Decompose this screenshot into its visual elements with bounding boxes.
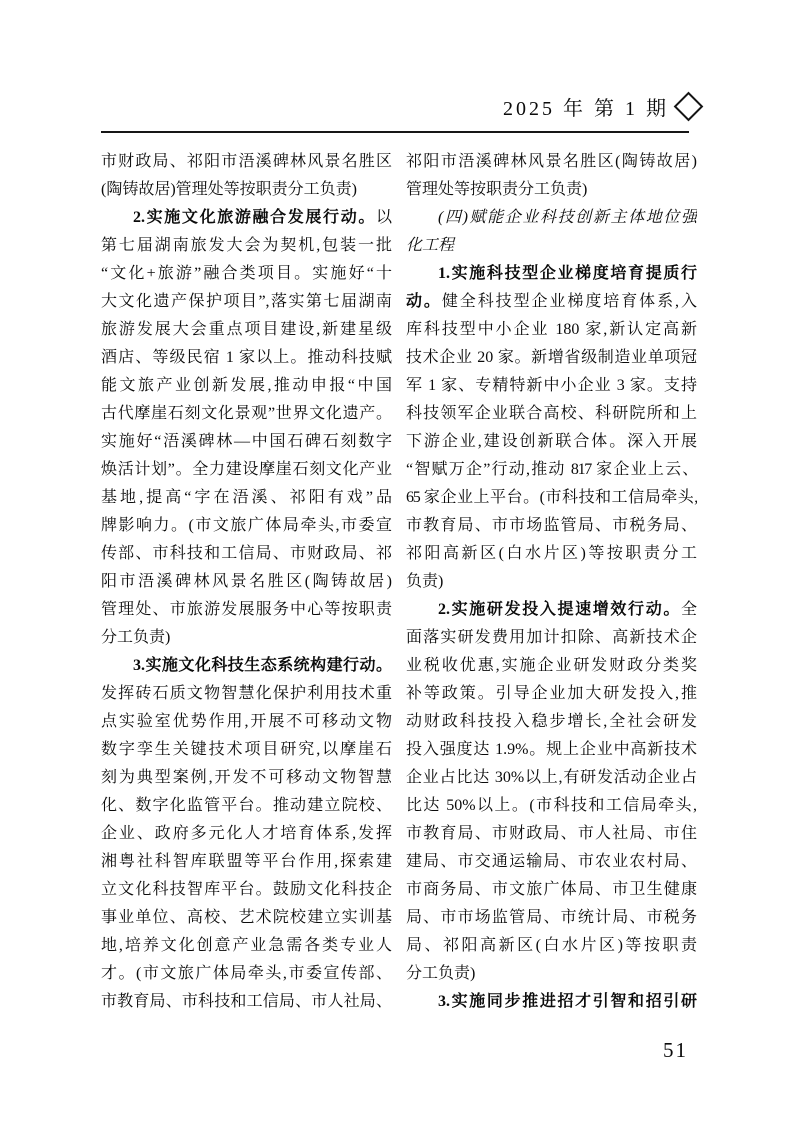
left-column: 市财政局、祁阳市浯溪碑林风景名胜区(陶铸故居)管理处等按职责分工负责)2.实施文…: [101, 148, 392, 1016]
text-line: 数字孪生关键技术项目研究,以摩崖石: [101, 736, 392, 764]
text-line: 补等政策。引导企业加大研发投入,推: [406, 680, 697, 708]
text-line: 面落实研发费用加计扣除、高新技术企: [406, 624, 697, 652]
text-line: 焕活计划”。全力建设摩崖石刻文化产业: [101, 456, 392, 484]
document-page: 2025 年 第 1 期 市财政局、祁阳市浯溪碑林风景名胜区(陶铸故居)管理处等…: [0, 0, 793, 1122]
text-line: 2.实施研发投入提速增效行动。全: [406, 596, 697, 624]
text-line: 大文化遗产保护项目”,落实第七届湖南: [101, 288, 392, 316]
text-line: 动财政科技投入稳步增长,全社会研发: [406, 708, 697, 736]
text-run: 分工负责): [101, 629, 170, 646]
text-line: 地,培养文化创意产业急需各类专业人: [101, 932, 392, 960]
text-line: 市财政局、祁阳市浯溪碑林风景名胜区: [101, 148, 392, 176]
bold-text-run: 2.实施研发投入提速增效行动。: [438, 601, 681, 618]
text-run: 管理处、市旅游发展服务中心等按职责: [101, 601, 392, 618]
bold-text-run: 1.实施科技型企业梯度培育提质行: [438, 265, 697, 282]
kai-text-run: 化工程: [406, 237, 454, 254]
text-run: 全: [681, 601, 697, 618]
text-line: 库科技型中小企业 180 家,新认定高新: [406, 316, 697, 344]
text-run: 负责): [406, 573, 443, 590]
text-line: 下游企业,建设创新联合体。深入开展: [406, 428, 697, 456]
text-run: (陶铸故居)管理处等按职责分工负责): [101, 181, 357, 198]
text-run: 市财政局、祁阳市浯溪碑林风景名胜区: [101, 153, 392, 170]
text-line: “智赋万企”行动,推动 817 家企业上云、: [406, 456, 697, 484]
text-run: 传部、市科技和工信局、市财政局、祁: [101, 545, 392, 562]
text-run: 市教育局、市财政局、市人社局、市住: [406, 825, 697, 842]
text-run: 库科技型中小企业 180 家,新认定高新: [406, 321, 697, 338]
text-run: 比达 50%以上。(市科技和工信局牵头,: [406, 797, 697, 814]
text-run: 企业占比达 30%以上,有研发活动企业占: [406, 769, 697, 786]
text-run: 面落实研发费用加计扣除、高新技术企: [406, 629, 697, 646]
text-run: 酒店、等级民宿 1 家以上。推动科技赋: [101, 349, 392, 366]
page-number: 51: [663, 1038, 688, 1063]
text-run: 湘粤社科智库联盟等平台作用,探索建: [101, 853, 392, 870]
text-run: 数字孪生关键技术项目研究,以摩崖石: [101, 741, 392, 758]
text-run: 刻为典型案例,开发不可移动文物智慧: [101, 769, 392, 786]
text-run: 祁阳高新区(白水片区)等按职责分工: [406, 545, 697, 562]
text-line: 基地,提高“字在浯溪、祁阳有戏”品: [101, 484, 392, 512]
text-run: 市商务局、市文旅广体局、市卫生健康: [406, 881, 697, 898]
text-line: 传部、市科技和工信局、市财政局、祁: [101, 540, 392, 568]
text-run: 市教育局、市市场监管局、市税务局、: [406, 517, 697, 534]
text-run: 才。(市文旅广体局牵头,市委宣传部、: [101, 965, 392, 982]
text-line: (四)赋能企业科技创新主体地位强: [406, 204, 697, 232]
text-run: 科技领军企业联合高校、科研院所和上: [406, 405, 697, 422]
text-line: 祁阳高新区(白水片区)等按职责分工: [406, 540, 697, 568]
text-run: 地,培养文化创意产业急需各类专业人: [101, 937, 392, 954]
text-run: 军 1 家、专精特新中小企业 3 家。支持: [406, 377, 697, 394]
text-run: 能文旅产业创新发展,推动申报“中国: [101, 377, 392, 394]
text-run: 管理处等按职责分工负责): [406, 181, 587, 198]
text-run: 阳市浯溪碑林风景名胜区(陶铸故居): [101, 573, 392, 590]
text-line: 2.实施文化旅游融合发展行动。以: [101, 204, 392, 232]
text-line: 业税收优惠,实施企业研发财政分类奖: [406, 652, 697, 680]
text-line: 市教育局、市科技和工信局、市人社局、: [101, 988, 392, 1016]
text-line: 动。健全科技型企业梯度培育体系,入: [406, 288, 697, 316]
text-line: 酒店、等级民宿 1 家以上。推动科技赋: [101, 344, 392, 372]
text-run: 市教育局、市科技和工信局、市人社局、: [101, 993, 392, 1010]
text-line: 湘粤社科智库联盟等平台作用,探索建: [101, 848, 392, 876]
text-line: 企业、政府多元化人才培育体系,发挥: [101, 820, 392, 848]
text-line: 科技领军企业联合高校、科研院所和上: [406, 400, 697, 428]
text-line: 事业单位、高校、艺术院校建立实训基: [101, 904, 392, 932]
text-line: 局、市市场监管局、市统计局、市税务: [406, 904, 697, 932]
text-line: 化工程: [406, 232, 697, 260]
text-line: 市商务局、市文旅广体局、市卫生健康: [406, 876, 697, 904]
text-line: 发挥砖石质文物智慧化保护利用技术重: [101, 680, 392, 708]
text-run: “文化+旅游”融合类项目。实施好“十: [101, 265, 392, 282]
text-line: 旅游发展大会重点项目建设,新建星级: [101, 316, 392, 344]
text-line: 军 1 家、专精特新中小企业 3 家。支持: [406, 372, 697, 400]
text-run: 点实验室优势作用,开展不可移动文物: [101, 713, 392, 730]
text-line: 比达 50%以上。(市科技和工信局牵头,: [406, 792, 697, 820]
text-line: 负责): [406, 568, 697, 596]
bold-text-run: 2.实施文化旅游融合发展行动。: [133, 209, 376, 226]
header-rule: [101, 131, 689, 133]
text-run: 企业、政府多元化人才培育体系,发挥: [101, 825, 392, 842]
text-line: 市教育局、市市场监管局、市税务局、: [406, 512, 697, 540]
text-run: 基地,提高“字在浯溪、祁阳有戏”品: [101, 489, 392, 506]
text-line: 管理处等按职责分工负责): [406, 176, 697, 204]
bold-text-run: 动。: [406, 293, 442, 310]
bold-text-run: 3.实施文化科技生态系统构建行动。: [133, 657, 392, 674]
text-run: 发挥砖石质文物智慧化保护利用技术重: [101, 685, 392, 702]
right-column: 祁阳市浯溪碑林风景名胜区(陶铸故居)管理处等按职责分工负责)(四)赋能企业科技创…: [406, 148, 697, 1016]
text-line: 1.实施科技型企业梯度培育提质行: [406, 260, 697, 288]
issue-label: 2025 年 第 1 期: [503, 92, 669, 121]
text-run: 大文化遗产保护项目”,落实第七届湖南: [101, 293, 392, 310]
text-run: 以: [376, 209, 392, 226]
text-run: 祁阳市浯溪碑林风景名胜区(陶铸故居): [406, 153, 697, 170]
text-line: 企业占比达 30%以上,有研发活动企业占: [406, 764, 697, 792]
text-run: 动财政科技投入稳步增长,全社会研发: [406, 713, 697, 730]
text-run: 局、市市场监管局、市统计局、市税务: [406, 909, 697, 926]
text-run: 旅游发展大会重点项目建设,新建星级: [101, 321, 392, 338]
text-line: “文化+旅游”融合类项目。实施好“十: [101, 260, 392, 288]
text-line: 建局、市交通运输局、市农业农村局、: [406, 848, 697, 876]
text-run: 化、数字化监管平台。推动建立院校、: [101, 797, 392, 814]
text-run: 分工负责): [406, 965, 475, 982]
text-line: 才。(市文旅广体局牵头,市委宣传部、: [101, 960, 392, 988]
text-line: 65 家企业上平台。(市科技和工信局牵头,: [406, 484, 697, 512]
text-run: 局、祁阳高新区(白水片区)等按职责: [406, 937, 697, 954]
text-line: 点实验室优势作用,开展不可移动文物: [101, 708, 392, 736]
text-line: 3.实施同步推进招才引智和招引研: [406, 988, 697, 1016]
text-run: 古代摩崖石刻文化景观”世界文化遗产。: [101, 405, 392, 422]
text-line: 技术企业 20 家。新增省级制造业单项冠: [406, 344, 697, 372]
text-run: 事业单位、高校、艺术院校建立实训基: [101, 909, 392, 926]
text-run: 焕活计划”。全力建设摩崖石刻文化产业: [101, 461, 392, 478]
text-line: 管理处、市旅游发展服务中心等按职责: [101, 596, 392, 624]
text-run: 立文化科技智库平台。鼓励文化科技企: [101, 881, 392, 898]
text-line: 实施好“浯溪碑林—中国石碑石刻数字: [101, 428, 392, 456]
text-line: 局、祁阳高新区(白水片区)等按职责: [406, 932, 697, 960]
text-line: 市教育局、市财政局、市人社局、市住: [406, 820, 697, 848]
text-line: 能文旅产业创新发展,推动申报“中国: [101, 372, 392, 400]
text-line: 立文化科技智库平台。鼓励文化科技企: [101, 876, 392, 904]
text-run: “智赋万企”行动,推动 817 家企业上云、: [406, 461, 697, 478]
text-line: (陶铸故居)管理处等按职责分工负责): [101, 176, 392, 204]
diamond-icon: [674, 92, 704, 122]
text-run: 补等政策。引导企业加大研发投入,推: [406, 685, 697, 702]
text-line: 3.实施文化科技生态系统构建行动。: [101, 652, 392, 680]
text-line: 分工负责): [406, 960, 697, 988]
text-line: 阳市浯溪碑林风景名胜区(陶铸故居): [101, 568, 392, 596]
kai-text-run: (四)赋能企业科技创新主体地位强: [438, 209, 697, 226]
text-line: 祁阳市浯溪碑林风景名胜区(陶铸故居): [406, 148, 697, 176]
text-run: 65 家企业上平台。(市科技和工信局牵头,: [406, 489, 697, 506]
bold-text-run: 3.实施同步推进招才引智和招引研: [438, 993, 697, 1010]
text-line: 分工负责): [101, 624, 392, 652]
text-run: 第七届湖南旅发大会为契机,包装一批: [101, 237, 392, 254]
text-run: 下游企业,建设创新联合体。深入开展: [406, 433, 697, 450]
text-run: 建局、市交通运输局、市农业农村局、: [406, 853, 697, 870]
page-header: 2025 年 第 1 期: [503, 92, 699, 121]
text-line: 化、数字化监管平台。推动建立院校、: [101, 792, 392, 820]
text-line: 古代摩崖石刻文化景观”世界文化遗产。: [101, 400, 392, 428]
text-run: 牌影响力。(市文旅广体局牵头,市委宣: [101, 517, 392, 534]
text-run: 健全科技型企业梯度培育体系,入: [442, 293, 697, 310]
text-run: 技术企业 20 家。新增省级制造业单项冠: [406, 349, 697, 366]
text-run: 实施好“浯溪碑林—中国石碑石刻数字: [101, 433, 392, 450]
text-line: 第七届湖南旅发大会为契机,包装一批: [101, 232, 392, 260]
text-line: 刻为典型案例,开发不可移动文物智慧: [101, 764, 392, 792]
text-run: 投入强度达 1.9%。规上企业中高新技术: [406, 741, 697, 758]
text-run: 业税收优惠,实施企业研发财政分类奖: [406, 657, 697, 674]
text-line: 投入强度达 1.9%。规上企业中高新技术: [406, 736, 697, 764]
text-line: 牌影响力。(市文旅广体局牵头,市委宣: [101, 512, 392, 540]
